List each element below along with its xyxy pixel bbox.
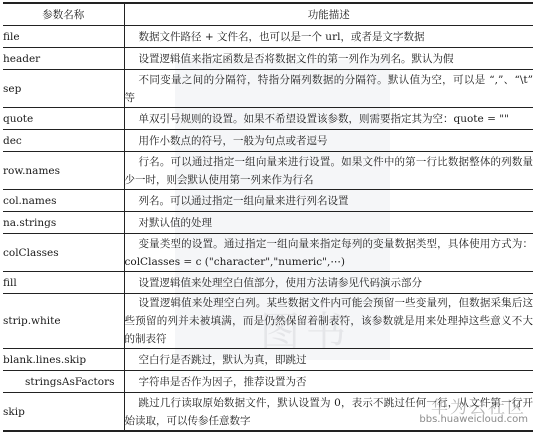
- table-row: strip.white 设置逻辑值来处理空白列。某些数据文件内可能会预留一些变量…: [3, 294, 533, 349]
- param-name: quote: [3, 108, 124, 130]
- param-name: stringsAsFactors: [3, 371, 124, 393]
- param-name: col.names: [3, 190, 124, 212]
- param-description: 行名。可以通过指定一组向量来进行设置。如果文件中的第一行比数据整体的列数量少一时…: [124, 152, 533, 190]
- param-name: sep: [3, 70, 124, 108]
- table-row: colClasses 变量类型的设置。通过指定一组向量来指定每列的变量数据类型，…: [3, 234, 533, 272]
- table-row: dec 用作小数点的符号，一般为句点或者逗号: [3, 130, 533, 152]
- param-description: 设置逻辑值来处理空白值部分，使用方法请参见代码演示部分: [124, 272, 533, 294]
- param-description: 变量类型的设置。通过指定一组向量来指定每列的变量数据类型，具体使用方式为：col…: [124, 234, 533, 272]
- table-row: file 数据文件路径 + 文件名，也可以是一个 url，或者是文字数据: [3, 26, 533, 48]
- param-description: 设置逻辑值来处理空白列。某些数据文件内可能会预留一些变量列，但数据采集后这些预留…: [124, 294, 533, 349]
- param-name: fill: [3, 272, 124, 294]
- param-name: header: [3, 48, 124, 70]
- param-name: colClasses: [3, 234, 124, 272]
- table-row: skip 跳过几行读取原始数据文件，默认设置为 0，表示不跳过任何一行，从文件第…: [3, 393, 533, 432]
- param-description: 不同变量之间的分隔符，特指分隔列数据的分隔符。默认值为空，可以是 “,”、“\t…: [124, 70, 533, 108]
- table-row: quote 单双引号规则的设置。如果不希望设置该参数，则需要指定其为空：quot…: [3, 108, 533, 130]
- param-name: strip.white: [3, 294, 124, 349]
- table-row: na.strings 对默认值的处理: [3, 212, 533, 234]
- param-description: 列名。可以通过指定一组向量来进行列名设置: [124, 190, 533, 212]
- param-name: dec: [3, 130, 124, 152]
- param-description: 空白行是否跳过，默认为真，即跳过: [124, 349, 533, 371]
- table-row: sep 不同变量之间的分隔符，特指分隔列数据的分隔符。默认值为空，可以是 “,”…: [3, 70, 533, 108]
- param-name: blank.lines.skip: [3, 349, 124, 371]
- param-name: skip: [3, 393, 124, 432]
- table-row: col.names 列名。可以通过指定一组向量来进行列名设置: [3, 190, 533, 212]
- param-description: 用作小数点的符号，一般为句点或者逗号: [124, 130, 533, 152]
- table-row: fill 设置逻辑值来处理空白值部分，使用方法请参见代码演示部分: [3, 272, 533, 294]
- param-name: na.strings: [3, 212, 124, 234]
- table-row: row.names 行名。可以通过指定一组向量来进行设置。如果文件中的第一行比数…: [3, 152, 533, 190]
- table-row: stringsAsFactors 字符串是否作为因子，推荐设置为否: [3, 371, 533, 393]
- param-description: 设置逻辑值来指定函数是否将数据文件的第一列作为列名。默认为假: [124, 48, 533, 70]
- param-description: 单双引号规则的设置。如果不希望设置该参数，则需要指定其为空：quote = "": [124, 108, 533, 130]
- column-header-description: 功能描述: [124, 3, 533, 26]
- table-header-row: 参数名称 功能描述: [3, 3, 533, 26]
- parameter-table: 参数名称 功能描述 file 数据文件路径 + 文件名，也可以是一个 url，或…: [3, 2, 533, 432]
- param-name: file: [3, 26, 124, 48]
- param-name: row.names: [3, 152, 124, 190]
- param-description: 对默认值的处理: [124, 212, 533, 234]
- table-row: blank.lines.skip 空白行是否跳过，默认为真，即跳过: [3, 349, 533, 371]
- column-header-param-name: 参数名称: [3, 3, 124, 26]
- table-row: header 设置逻辑值来指定函数是否将数据文件的第一列作为列名。默认为假: [3, 48, 533, 70]
- param-description: 跳过几行读取原始数据文件，默认设置为 0，表示不跳过任何一行，从文件第一行开始读…: [124, 393, 533, 432]
- param-description: 字符串是否作为因子，推荐设置为否: [124, 371, 533, 393]
- param-description: 数据文件路径 + 文件名，也可以是一个 url，或者是文字数据: [124, 26, 533, 48]
